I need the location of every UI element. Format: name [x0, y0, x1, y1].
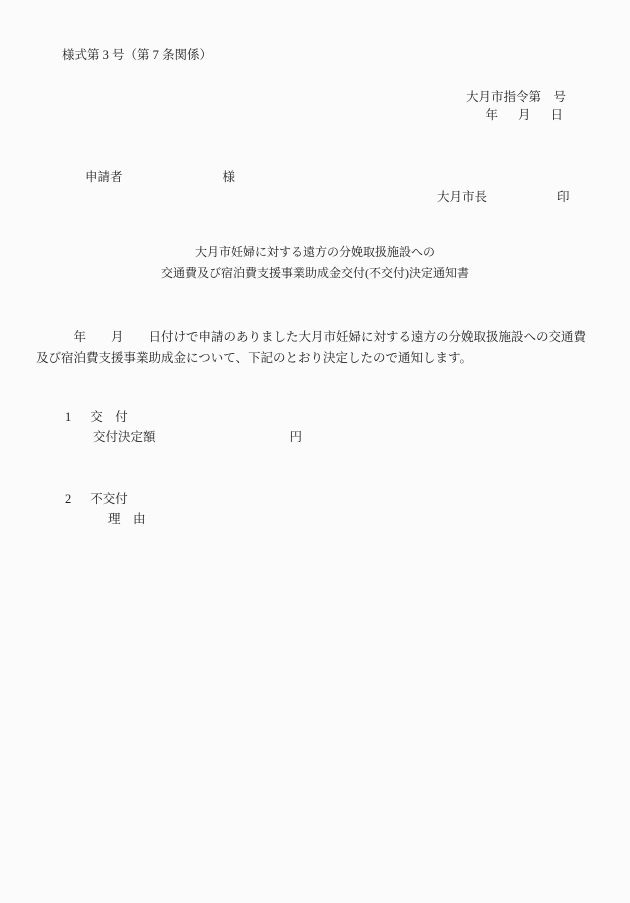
issue-date-year: 年	[485, 108, 498, 122]
body-paragraph-line1: 年 月 日付けで申請のありました大月市妊婦に対する遠方の分娩取扱施設への交通費	[36, 330, 586, 345]
mayor-label: 大月市長	[437, 190, 487, 204]
item1-number: 1	[65, 410, 71, 424]
issue-date-day: 日	[550, 108, 563, 122]
body-paragraph-line2: 及び宿泊費支援事業助成金について、下記のとおり決定したので通知します。	[36, 351, 472, 366]
item1-heading: 1交 付	[65, 410, 128, 425]
item1-detail-label: 交付決定額	[93, 430, 156, 444]
item2-label: 不交付	[90, 492, 128, 506]
document-title-line2: 交通費及び宿泊費支援事業助成金交付(不交付)決定通知書	[0, 266, 630, 281]
directive-number-line: 大月市指令第 号	[466, 90, 566, 105]
item2-heading: 2不交付	[65, 492, 128, 507]
issuer-line: 大月市長印	[437, 190, 570, 205]
document-title-line1: 大月市妊婦に対する遠方の分娩取扱施設への	[0, 245, 630, 260]
item1-detail-unit: 円	[290, 430, 303, 444]
item1-label: 交 付	[90, 410, 128, 424]
item1-detail-line: 交付決定額円	[93, 430, 302, 445]
addressee-line: 申請者様	[85, 170, 235, 185]
applicant-honorific: 様	[223, 170, 236, 184]
item2-detail-label: 理 由	[108, 512, 146, 527]
issue-date-line: 年月日	[485, 108, 563, 123]
item2-number: 2	[65, 492, 71, 506]
issue-date-month: 月	[518, 108, 531, 122]
seal-label: 印	[557, 190, 570, 204]
applicant-label: 申請者	[85, 170, 123, 184]
document-page: 様式第 3 号（第 7 条関係） 大月市指令第 号 年月日 申請者様 大月市長印…	[0, 0, 630, 903]
form-number: 様式第 3 号（第 7 条関係）	[62, 48, 212, 63]
